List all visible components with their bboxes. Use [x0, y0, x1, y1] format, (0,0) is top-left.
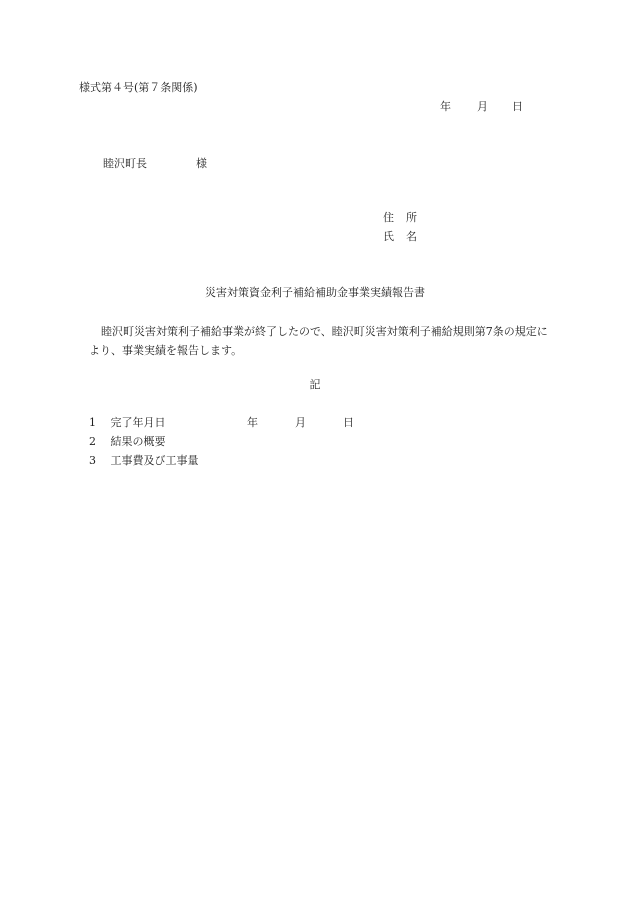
item-label: 工事費及び工事量: [111, 454, 199, 467]
list-item: 1 完了年月日 年 月 日: [89, 416, 199, 435]
item-label: 完了年月日: [111, 416, 166, 429]
item-number: 1: [89, 416, 107, 430]
date-year-label: 年: [247, 416, 258, 430]
ki-heading: 記: [0, 378, 630, 392]
addressee-honorific: 様: [196, 157, 207, 171]
item-number: 2: [89, 435, 107, 449]
item-label: 結果の概要: [111, 435, 166, 448]
form-number: 様式第４号(第７条関係): [79, 81, 198, 95]
list-item: 2 結果の概要: [89, 435, 199, 454]
date-month-label: 月: [295, 416, 306, 430]
date-day-label: 日: [512, 100, 523, 114]
name-label: 氏名: [383, 230, 417, 249]
applicant-block: 住所 氏名: [383, 211, 417, 249]
addressee: 睦沢町長 様: [103, 157, 147, 171]
address-label: 住所: [383, 211, 417, 230]
date-month-label: 月: [477, 100, 488, 114]
addressee-name: 睦沢町長: [103, 157, 147, 170]
body-paragraph: 睦沢町災害対策利子補給事業が終了したので、睦沢町災害対策利子補給規則第7条の規定…: [89, 322, 549, 360]
item-number: 3: [89, 454, 107, 468]
date-year-label: 年: [440, 100, 451, 114]
items-list: 1 完了年月日 年 月 日 2 結果の概要 3 工事費及び工事量: [89, 416, 199, 473]
list-item: 3 工事費及び工事量: [89, 454, 199, 473]
date-day-label: 日: [343, 416, 354, 430]
document-title: 災害対策資金利子補給補助金事業実績報告書: [0, 286, 630, 300]
